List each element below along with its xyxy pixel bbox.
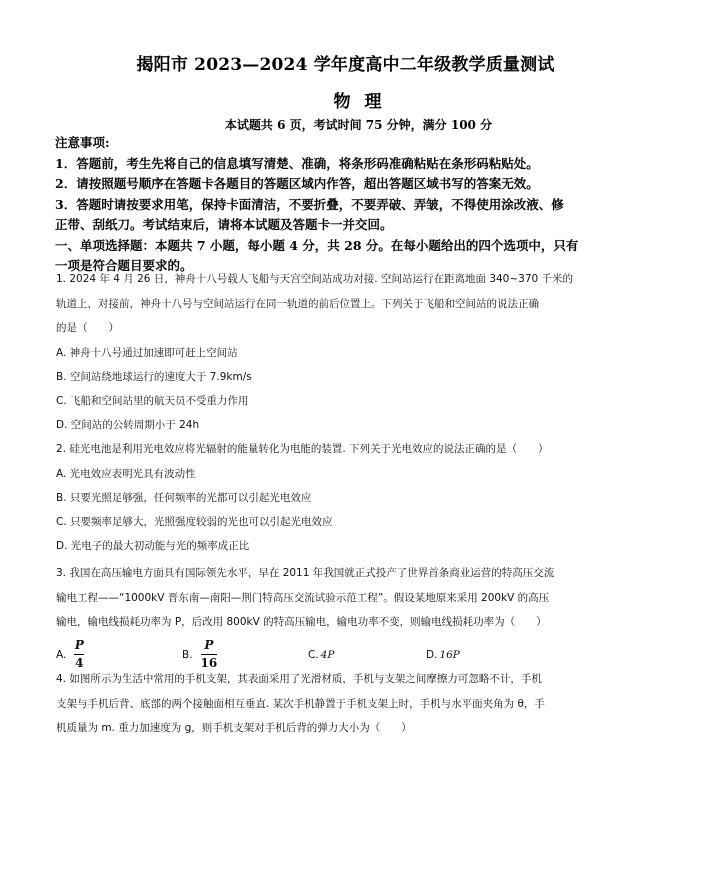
note-line: 正带、刮纸刀。考试结束后，请将本试题及答题卡一并交回。 xyxy=(55,215,585,236)
notes-heading: 注意事项: xyxy=(55,133,585,154)
exam-title: 揭阳市 2023—2024 学年度高中二年级教学质量测试 xyxy=(0,50,701,75)
option-c: C. 飞船和空间站里的航天员不受重力作用 xyxy=(56,389,586,413)
question-stem: 2. 硅光电池是利用光电效应将光辐射的能量转化为电能的装置. 下列关于光电效应的… xyxy=(56,437,586,462)
question-stem: 输电工程——“1000kV 晋东南—南阳—荆门特高压交流试验示范工程”。假设某地… xyxy=(56,586,586,611)
exam-page: 揭阳市 2023—2024 学年度高中二年级教学质量测试 物 理 本试题共 6 … xyxy=(0,0,701,877)
question-4: 4. 如图所示为生活中常用的手机支架，其表面采用了光滑材质，手机与支架之间摩擦力… xyxy=(56,667,586,741)
note-line: 1．答题前，考生先将自己的信息填写清楚、准确，将条形码准确粘贴在条形码粘贴处。 xyxy=(55,154,585,175)
option-a: A. P 4 xyxy=(56,639,182,670)
option-d: D. 16P xyxy=(426,649,460,661)
option-d: D. 空间站的公转周期小于 24h xyxy=(56,413,586,437)
option-label: A. xyxy=(56,649,66,661)
option-c: C. 只要频率足够大，光照强度较弱的光也可以引起光电效应 xyxy=(56,510,586,534)
fraction-numerator: P xyxy=(204,639,213,652)
option-label: D. xyxy=(426,649,437,661)
notes-section: 注意事项: 1．答题前，考生先将自己的信息填写清楚、准确，将条形码准确粘贴在条形… xyxy=(55,133,585,277)
question-stem: 的是（ ） xyxy=(56,316,586,341)
option-label: C. xyxy=(308,649,319,661)
fraction: P 16 xyxy=(201,639,218,670)
fraction-bar xyxy=(201,654,218,655)
fraction-numerator: P xyxy=(75,639,84,652)
exam-info: 本试题共 6 页，考试时间 75 分钟，满分 100 分 xyxy=(0,116,701,133)
option-a: A. 光电效应表明光具有波动性 xyxy=(56,462,586,486)
question-stem: 输电，输电线损耗功率为 P，后改用 800kV 的特高压输电，输电功率不变，则输… xyxy=(56,610,586,635)
fraction-bar xyxy=(74,654,84,655)
question-stem: 4. 如图所示为生活中常用的手机支架，其表面采用了光滑材质，手机与支架之间摩擦力… xyxy=(56,667,586,692)
section-heading: 一、单项选择题：本题共 7 小题，每小题 4 分，共 28 分。在每小题给出的四… xyxy=(55,236,585,257)
question-1: 1. 2024 年 4 月 26 日，神舟十八号载人飞船与天宫空间站成功对接. … xyxy=(56,267,586,438)
option-label: B. xyxy=(182,649,193,661)
option-b: B. P 16 xyxy=(182,639,308,670)
option-a: A. 神舟十八号通过加速即可赶上空间站 xyxy=(56,341,586,365)
subject-heading: 物 理 xyxy=(0,87,701,112)
note-line: 2．请按照题号顺序在答题卡各题目的答题区域内作答，超出答题区域书写的答案无效。 xyxy=(55,174,585,195)
option-b: B. 空间站绕地球运行的速度大于 7.9km/s xyxy=(56,365,586,389)
option-b: B. 只要光照足够强，任何频率的光都可以引起光电效应 xyxy=(56,486,586,510)
question-stem: 1. 2024 年 4 月 26 日，神舟十八号载人飞船与天宫空间站成功对接. … xyxy=(56,267,586,292)
option-text: 16P xyxy=(439,649,459,661)
option-c: C. 4P xyxy=(308,649,426,661)
question-3: 3. 我国在高压输电方面具有国际领先水平，早在 2011 年我国就正式投产了世界… xyxy=(56,561,586,675)
question-stem: 机质量为 m. 重力加速度为 g，则手机支架对手机后背的弹力大小为（ ） xyxy=(56,716,586,741)
question-stem: 3. 我国在高压输电方面具有国际领先水平，早在 2011 年我国就正式投产了世界… xyxy=(56,561,586,586)
question-2: 2. 硅光电池是利用光电效应将光辐射的能量转化为电能的装置. 下列关于光电效应的… xyxy=(56,437,586,559)
question-stem: 轨道上，对接前，神舟十八号与空间站运行在同一轨道的前后位置上。下列关于飞船和空间… xyxy=(56,292,586,317)
note-line: 3．答题时请按要求用笔，保持卡面清洁，不要折叠，不要弄破、弄皱，不得使用涂改液、… xyxy=(55,195,585,216)
question-stem: 支架与手机后背、底部的两个接触面相互垂直. 某次手机静置于手机支架上时，手机与水… xyxy=(56,692,586,717)
fraction: P 4 xyxy=(74,639,84,670)
option-d: D. 光电子的最大初动能与光的频率成正比 xyxy=(56,534,586,558)
option-text: 4P xyxy=(321,649,335,661)
